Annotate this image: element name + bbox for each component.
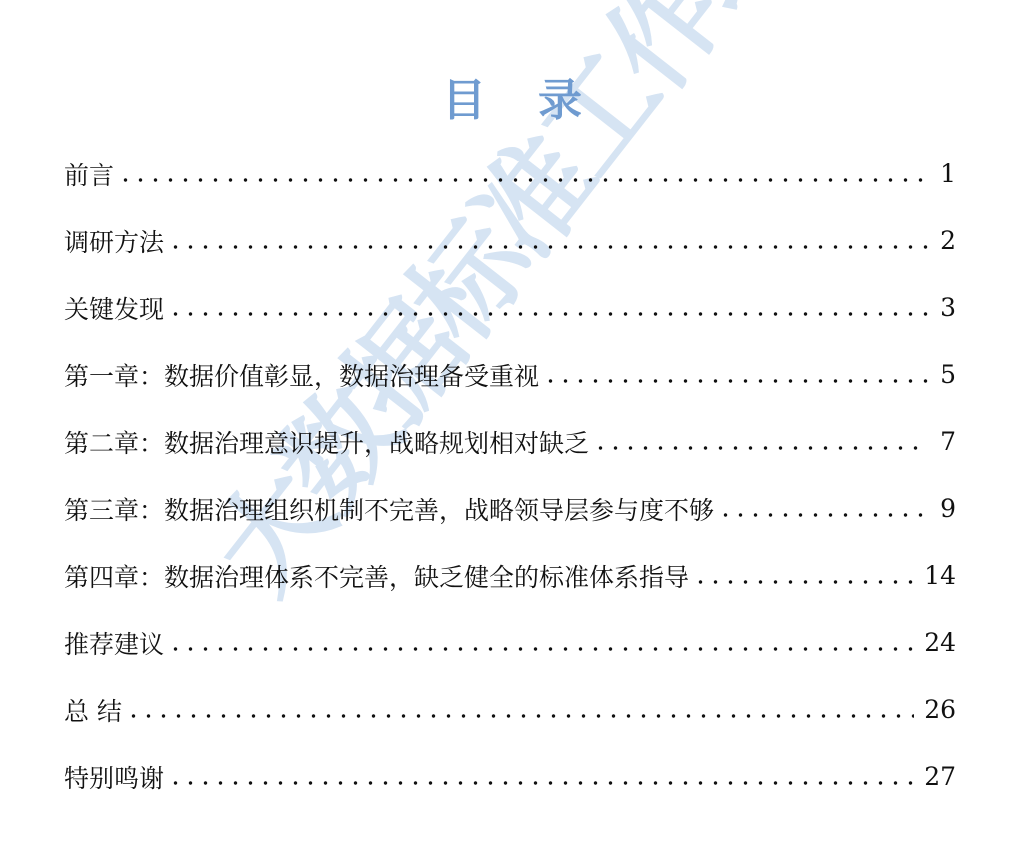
toc-entry-methodology[interactable]: 调研方法 2 — [64, 207, 956, 274]
toc-entry-page: 24 — [924, 628, 956, 657]
toc-entry-label: 第一章：数据价值彰显，数据治理备受重视 — [64, 357, 541, 393]
dot-leader — [126, 714, 914, 718]
toc-entry-page: 9 — [938, 494, 956, 523]
toc-entry-label: 第三章：数据治理组织机制不完善，战略领导层参与度不够 — [64, 491, 716, 527]
toc-entry-label: 总 结 — [64, 692, 124, 728]
toc-entry-page: 1 — [938, 159, 956, 188]
dot-leader — [168, 245, 928, 249]
toc-entry-page: 5 — [938, 360, 956, 389]
toc-entry-chapter-3[interactable]: 第三章：数据治理组织机制不完善，战略领导层参与度不够 9 — [64, 475, 956, 542]
toc-entry-label: 关键发现 — [64, 290, 166, 326]
toc-entry-summary[interactable]: 总 结 26 — [64, 676, 956, 743]
toc-entry-page: 2 — [938, 226, 956, 255]
dot-leader — [168, 647, 914, 651]
dot-leader — [543, 379, 928, 383]
page-title: 目录 — [0, 64, 1024, 128]
document-page: 大数据标准工作组 目录 前言 1 调研方法 2 关键发现 3 第一章：数据价值彰… — [0, 0, 1024, 852]
toc-entry-page: 14 — [924, 561, 956, 590]
toc-entry-recommendations[interactable]: 推荐建议 24 — [64, 609, 956, 676]
dot-leader — [168, 781, 914, 785]
toc-entry-page: 26 — [924, 695, 956, 724]
dot-leader — [718, 513, 928, 517]
toc-entry-label: 前言 — [64, 156, 116, 192]
toc-entry-page: 7 — [938, 427, 956, 456]
table-of-contents: 前言 1 调研方法 2 关键发现 3 第一章：数据价值彰显，数据治理备受重视 5… — [64, 140, 956, 810]
toc-entry-label: 推荐建议 — [64, 625, 166, 661]
dot-leader — [118, 178, 928, 182]
toc-entry-page: 27 — [924, 762, 956, 791]
toc-entry-chapter-2[interactable]: 第二章：数据治理意识提升，战略规划相对缺乏 7 — [64, 408, 956, 475]
toc-entry-preface[interactable]: 前言 1 — [64, 140, 956, 207]
toc-entry-page: 3 — [938, 293, 956, 322]
toc-entry-label: 调研方法 — [64, 223, 166, 259]
toc-entry-acknowledgements[interactable]: 特别鸣谢 27 — [64, 743, 956, 810]
toc-entry-chapter-4[interactable]: 第四章：数据治理体系不完善，缺乏健全的标准体系指导 14 — [64, 542, 956, 609]
dot-leader — [693, 580, 914, 584]
toc-entry-chapter-1[interactable]: 第一章：数据价值彰显，数据治理备受重视 5 — [64, 341, 956, 408]
toc-entry-label: 第四章：数据治理体系不完善，缺乏健全的标准体系指导 — [64, 558, 691, 594]
toc-entry-label: 特别鸣谢 — [64, 759, 166, 795]
toc-entry-label: 第二章：数据治理意识提升，战略规划相对缺乏 — [64, 424, 591, 460]
toc-entry-key-findings[interactable]: 关键发现 3 — [64, 274, 956, 341]
dot-leader — [593, 446, 928, 450]
dot-leader — [168, 312, 928, 316]
